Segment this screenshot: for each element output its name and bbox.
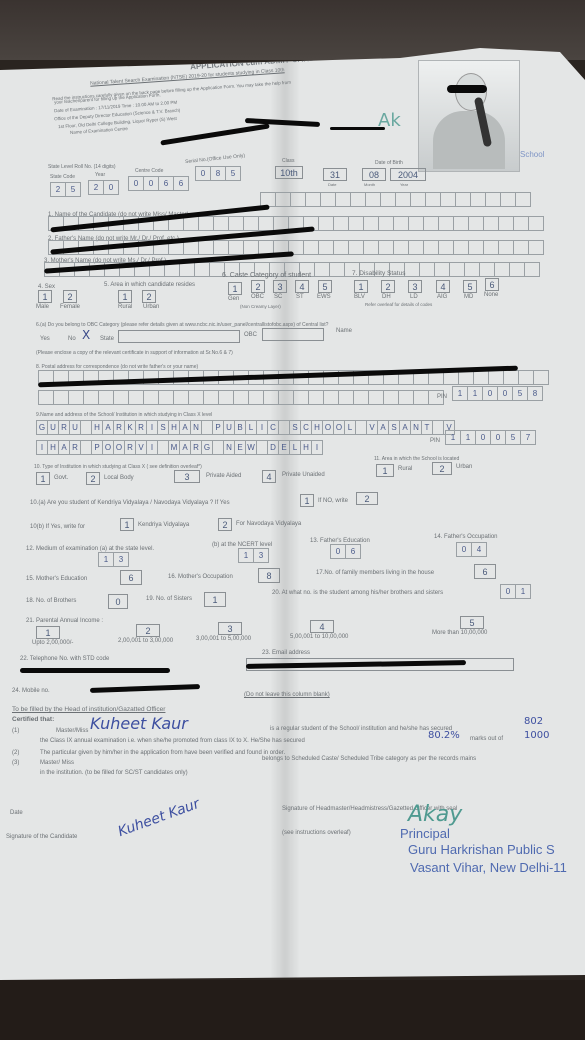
char-cell: V (367, 420, 378, 435)
obc-yes-label: Yes (40, 336, 50, 342)
school-area-option-label: Urban (456, 464, 472, 470)
signature-mark: Ak (378, 110, 401, 131)
obc-no-label: No (68, 336, 76, 342)
face-redaction (447, 85, 487, 93)
state-code-label: State Code (50, 174, 75, 180)
char-cell: K (125, 420, 136, 435)
institution-option-label: Private Unaided (282, 472, 325, 478)
centre-code-boxes: 0066 (128, 176, 189, 191)
char-cell: A (59, 440, 70, 455)
char-cell: N (411, 420, 422, 435)
q5-label: 5. Area in which candidate resides (104, 282, 195, 288)
serial-no-label: Serial No.(Office Use Only) (185, 153, 246, 165)
q15-label: 15. Mother's Education (26, 576, 87, 582)
caste-option: 5 (318, 280, 332, 293)
pin-label: PIN (437, 394, 447, 400)
char-cell: A (180, 440, 191, 455)
disability-option-label: BLV (354, 294, 365, 300)
marks-total: 1000 (524, 730, 549, 741)
caste-option-label: SC (274, 294, 282, 300)
institution-option-label: Local Body (104, 475, 134, 481)
paper-fold-crease (270, 40, 300, 980)
sex-option-male: 1 (38, 290, 52, 303)
income-option: 3 (218, 622, 242, 635)
dob-year: 2004 (390, 168, 426, 181)
candidate-photo (418, 60, 520, 172)
char-cell: I (36, 440, 48, 455)
kv-type-option: 1 (120, 518, 134, 531)
char-cell: O (114, 440, 125, 455)
head-signature: Akay (408, 802, 462, 827)
stamp-school-name: Guru Harkrishan Public S (408, 842, 555, 857)
caste-note: (Non Creamy Layer) (240, 304, 281, 309)
stamp-school-address: Vasant Vihar, New Delhi-11 (410, 860, 567, 875)
school-area-option-label: Rural (398, 466, 412, 472)
char-cell: D (268, 440, 279, 455)
cert-item-1-num: (1) (12, 728, 19, 734)
q23-label: 23. Email address (262, 650, 310, 656)
school-pin-boxes: 110057 (445, 430, 536, 445)
char-cell: C (301, 420, 312, 435)
char-cell: U (70, 420, 81, 435)
char-cell (81, 420, 92, 435)
kv-yes-box: 1 (300, 494, 314, 507)
q21-label: 21. Parental Annual Income : (26, 618, 103, 624)
disability-note: Refer overleaf for details of codes (365, 302, 432, 307)
disability-option-label: DH (382, 294, 391, 300)
background-surface-bottom (0, 980, 585, 1040)
income-option-label: 3,00,001 to 5,00,000 (196, 636, 251, 642)
institution-option-selected: 3 (174, 470, 200, 483)
cert-item-1-line2: the Class IX annual examination i.e. whe… (40, 738, 305, 744)
name-grid-row (260, 192, 531, 207)
q10a-label: 10.(a) Are you student of Kendriya Vidya… (30, 500, 230, 506)
redaction-mark (330, 127, 385, 130)
disability-option: 2 (381, 280, 395, 293)
char-cell: V (136, 440, 147, 455)
caste-option: 2 (251, 280, 265, 293)
school-pin-label: PIN (430, 438, 440, 444)
sibling-order-boxes: 01 (500, 584, 531, 599)
obc-state-box (118, 330, 240, 343)
disability-option: 5 (463, 280, 477, 293)
percent-secured: 80.2% (428, 730, 460, 741)
char-cell: H (169, 420, 180, 435)
char-cell: M (169, 440, 180, 455)
char-cell: R (59, 420, 70, 435)
institution-option: 4 (262, 470, 276, 483)
disability-option: 4 (436, 280, 450, 293)
obc-no-mark: X (82, 328, 90, 342)
year-label: Year (95, 172, 105, 178)
cert-item-3-prefix: Master/ Miss (40, 760, 74, 766)
q7-label: 7. Disability Status (352, 270, 405, 277)
marks-out-of-label: marks out of (470, 736, 503, 742)
student-name-handwritten: Kuheet Kaur (90, 714, 188, 733)
q18-label: 18. No. of Brothers (26, 598, 76, 604)
income-option: 4 (310, 620, 334, 633)
mother-occupation-box: 8 (258, 568, 280, 583)
char-cell: P (92, 440, 103, 455)
char-cell: N (224, 440, 235, 455)
char-cell: N (191, 420, 202, 435)
income-option-label: 2,00,001 to 3,00,000 (118, 638, 173, 644)
see-instructions-note: (see instructions overleaf) (282, 830, 351, 836)
certification-heading: To be filled by the Head of institution/… (12, 706, 165, 713)
char-cell (279, 420, 290, 435)
class-label: Class (282, 158, 295, 164)
institution-option-label: Govt. (54, 475, 68, 481)
dob-day: 31 (323, 168, 347, 181)
char-cell: O (103, 440, 114, 455)
char-cell: I (147, 420, 158, 435)
area-option-urban: 2 (142, 290, 156, 303)
char-cell: R (125, 440, 136, 455)
sisters-box: 1 (204, 592, 226, 607)
disability-option-label: MD (464, 294, 473, 300)
char-cell: P (213, 420, 224, 435)
disability-option: 1 (354, 280, 368, 293)
char-cell: O (334, 420, 345, 435)
char-cell: A (378, 420, 389, 435)
sex-option-label: Male (36, 304, 49, 310)
year-boxes: 20 (88, 180, 119, 195)
family-members-box: 6 (474, 564, 496, 579)
char-cell: B (235, 420, 246, 435)
income-option-label: More than 10,00,000 (432, 630, 487, 636)
cert-item-1-text: is a regular student of the School/ inst… (270, 726, 452, 732)
stamp-title: Principal (400, 826, 450, 841)
income-option-selected: 2 (136, 624, 160, 637)
obc-box (262, 328, 324, 341)
char-cell: T (422, 420, 433, 435)
char-cell: L (345, 420, 356, 435)
roll-no-label: State Level Roll No. (14 digits) (48, 164, 116, 170)
area-option-rural: 1 (118, 290, 132, 303)
cert-item-3-num: (3) (12, 760, 19, 766)
caste-option-label: EWS (317, 294, 331, 300)
q6-label: 6. Caste Category of student (222, 272, 311, 279)
dob-month-label: Month (364, 182, 375, 187)
obc-state-label: State (100, 336, 114, 342)
char-cell: R (136, 420, 147, 435)
income-option-label: 5,00,001 to 10,00,000 (290, 634, 348, 640)
char-cell: H (92, 420, 103, 435)
char-cell: O (323, 420, 334, 435)
postal-address-boxes-2 (38, 390, 444, 405)
institution-option: 2 (86, 472, 100, 485)
caste-option-label: Gen (228, 296, 239, 302)
school-area-option: 1 (376, 464, 394, 477)
mother-education-box: 6 (120, 570, 142, 585)
sex-option-label: Female (60, 304, 80, 310)
obc-label: OBC (244, 332, 257, 338)
caste-option-label: ST (296, 294, 304, 300)
caste-option: 3 (273, 280, 287, 293)
redaction-mark (160, 123, 269, 145)
school-area-option-selected: 2 (432, 462, 452, 475)
centre-code-label: Centre Code (135, 168, 163, 174)
q12-label: 12. Medium of examination (a) at the sta… (26, 546, 154, 552)
char-cell: C (268, 420, 279, 435)
char-cell (433, 420, 444, 435)
char-cell: S (158, 420, 169, 435)
area-option-label: Urban (143, 304, 159, 310)
char-cell: S (290, 420, 301, 435)
marks-secured: 802 (524, 716, 543, 727)
q22-label: 22. Telephone No. with STD code (20, 656, 109, 662)
char-cell: G (202, 440, 213, 455)
char-cell: H (301, 440, 312, 455)
char-cell: A (180, 420, 191, 435)
application-form-paper: APPLICATION cum ADMIT CARD National Tale… (0, 40, 585, 980)
income-option-label: Upto 2,00,000/- (32, 640, 73, 646)
medium-ncert-boxes: 13 (238, 548, 269, 563)
char-cell: I (257, 420, 268, 435)
char-cell: R (70, 440, 81, 455)
sex-option-female: 2 (63, 290, 77, 303)
char-cell: L (246, 420, 257, 435)
char-cell (202, 420, 213, 435)
q19-label: 19. No. of Sisters (146, 596, 192, 602)
q9-label: 9.Name and address of the School/ Instit… (36, 412, 212, 418)
caste-option: 4 (295, 280, 309, 293)
char-cell: E (235, 440, 246, 455)
father-occupation-boxes: 04 (456, 542, 487, 557)
q24-note: (Do not leave this column blank) (244, 692, 330, 698)
disability-option-none: 6 (485, 278, 499, 291)
redaction-mark (90, 684, 200, 693)
q20-label: 20. At what no. is the student among his… (272, 590, 443, 596)
cert-item-3-line2: in the institution. (to be filled for SC… (40, 770, 188, 776)
char-cell: E (279, 440, 290, 455)
obc-name-label: Name (336, 328, 352, 334)
school-address-boxes: IHARPOORVIMARGNEWDELHI (36, 440, 323, 455)
char-cell (81, 440, 92, 455)
char-cell (158, 440, 169, 455)
state-code-boxes: 25 (50, 182, 81, 197)
candidate-signature: Kuheet Kaur (116, 796, 202, 840)
income-option: 1 (36, 626, 60, 639)
char-cell: A (103, 420, 114, 435)
dob-day-label: Date (328, 182, 336, 187)
class-value: 10th (275, 166, 303, 179)
school-name-boxes: GURUHARKRISHANPUBLICSCHOOLVASANTV (36, 420, 455, 435)
medium-state-boxes: 13 (98, 552, 129, 567)
brothers-box: 0 (108, 594, 128, 609)
serial-no-boxes: 085 (195, 166, 241, 181)
char-cell: S (389, 420, 400, 435)
char-cell (257, 440, 268, 455)
cert-item-2-num: (2) (12, 750, 19, 756)
char-cell: H (48, 440, 59, 455)
date-label: Date (10, 810, 23, 816)
q16-label: 16. Mother's Occupation (168, 574, 233, 580)
q10b-label: 10(b) If Yes, write for (30, 524, 85, 530)
address-pin-boxes: 110058 (452, 386, 543, 401)
kv-no-label: If NO, write (318, 498, 348, 504)
disability-option: 3 (408, 280, 422, 293)
char-cell: A (400, 420, 411, 435)
institution-option-label: Private Aided (206, 473, 241, 479)
father-education-boxes: 06 (330, 544, 361, 559)
char-cell: G (36, 420, 48, 435)
char-cell: W (246, 440, 257, 455)
q14-label: 14. Father's Occupation (434, 534, 498, 540)
disability-option-label: AIG (437, 294, 447, 300)
cert-item-3-text: belongs to Scheduled Caste/ Scheduled Tr… (262, 756, 476, 762)
caste-option-label: OBC (251, 294, 264, 300)
income-option: 5 (460, 616, 484, 629)
redaction-mark (20, 668, 170, 673)
char-cell: I (147, 440, 158, 455)
nv-type-label: For Navodaya Vidyalaya (236, 521, 301, 527)
char-cell: U (48, 420, 59, 435)
disability-option-label: None (484, 292, 498, 298)
dob-year-label: Year (400, 182, 408, 187)
enclose-note: (Please enclose a copy of the relevant c… (36, 350, 233, 356)
certified-that-label: Certified that: (12, 716, 54, 723)
char-cell: H (312, 420, 323, 435)
char-cell: U (224, 420, 235, 435)
photo-figure (433, 111, 505, 169)
dob-month: 08 (362, 168, 386, 181)
nv-type-option: 2 (218, 518, 232, 531)
area-option-label: Rural (118, 304, 132, 310)
caste-option: 1 (228, 282, 242, 295)
q17-label: 17.No. of family members living in the h… (316, 570, 434, 576)
photo-stamp-text: School (520, 150, 544, 159)
char-cell (213, 440, 224, 455)
kv-no-box: 2 (356, 492, 378, 505)
char-cell: L (290, 440, 301, 455)
char-cell: R (191, 440, 202, 455)
disability-option-label: LD (410, 294, 418, 300)
candidate-signature-label: Signature of the Candidate (6, 834, 77, 840)
char-cell: R (114, 420, 125, 435)
cert-item-2-text: The particular given by him/her in the a… (40, 750, 285, 756)
dob-label: Date of Birth (375, 160, 403, 166)
char-cell (356, 420, 367, 435)
kv-type-label: Kendriya Vidyalaya (138, 522, 189, 528)
char-cell: I (312, 440, 323, 455)
q24-label: 24. Mobile no. (12, 688, 50, 694)
cert-item-1-prefix: Master/Miss (56, 728, 88, 734)
institution-option: 1 (36, 472, 50, 485)
